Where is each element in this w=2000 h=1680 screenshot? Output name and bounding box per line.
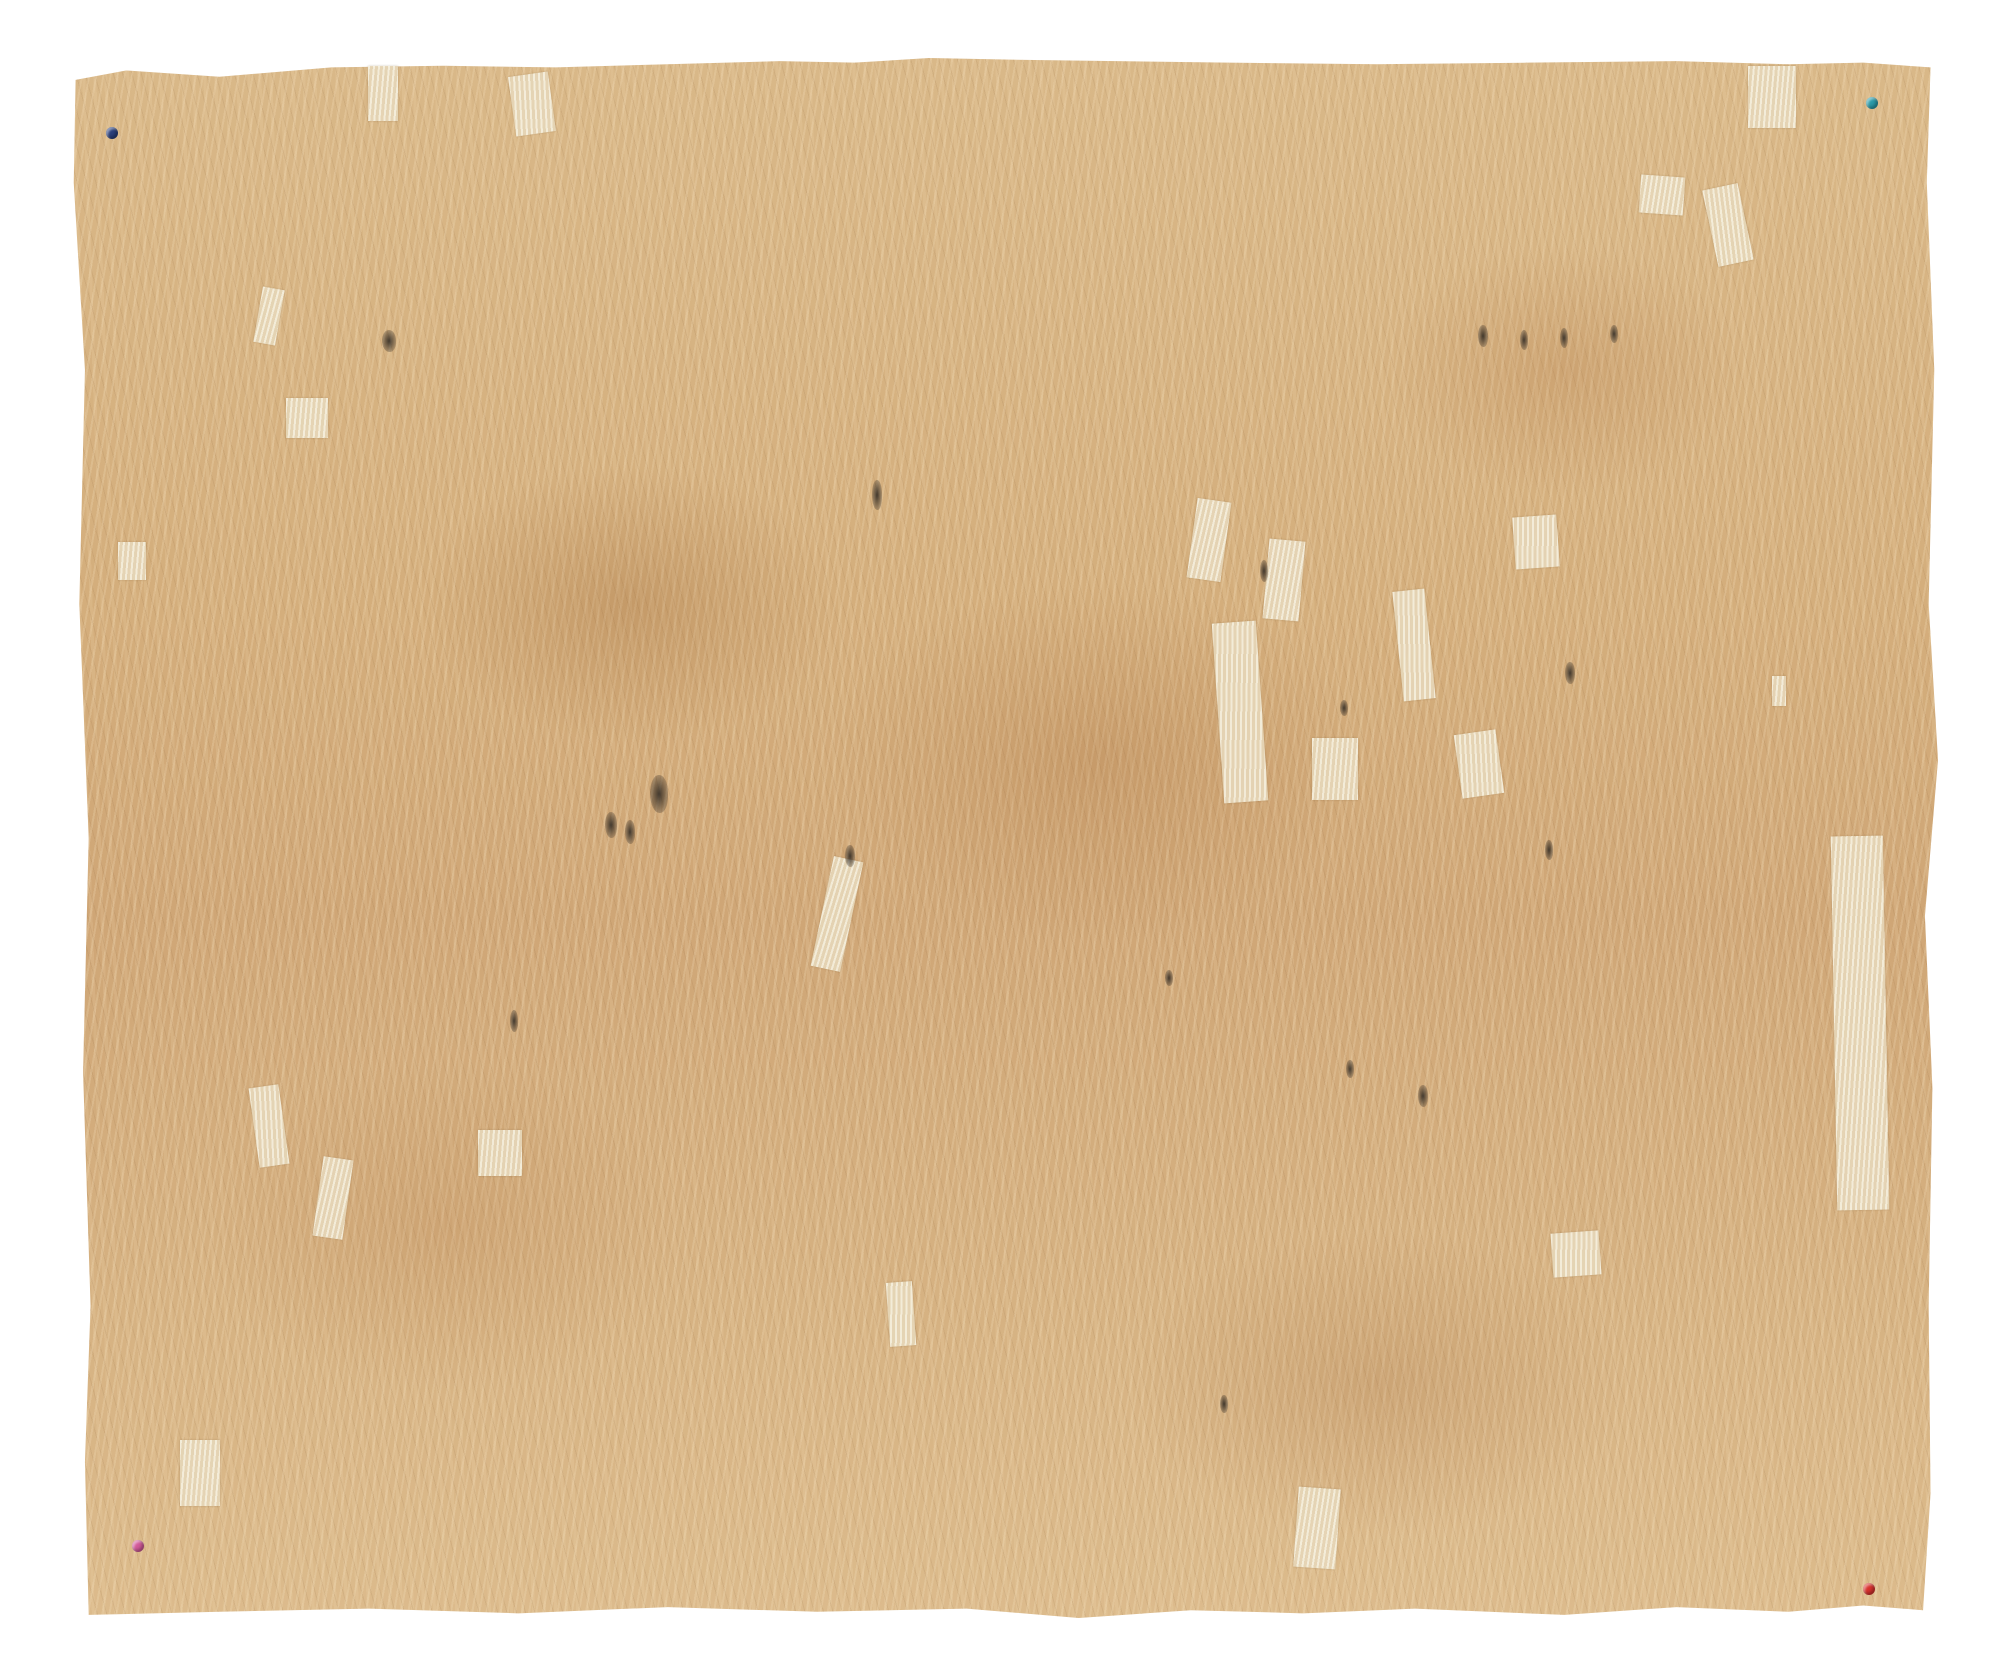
dark-stain — [1220, 1395, 1228, 1413]
dark-stain — [605, 812, 617, 838]
dark-stain — [1520, 330, 1528, 350]
photo-background — [0, 0, 2000, 1680]
dark-stain — [1560, 328, 1568, 348]
repair-patch — [180, 1440, 220, 1506]
repair-patch — [1831, 836, 1890, 1211]
repair-patch — [508, 72, 556, 137]
repair-patch — [368, 66, 398, 121]
top-right-pin — [1866, 97, 1878, 109]
dark-stain — [872, 480, 882, 510]
repair-patch — [1293, 1487, 1340, 1570]
dark-stain — [845, 845, 855, 867]
dark-stain — [1565, 662, 1575, 684]
repair-patch — [1454, 729, 1504, 798]
repair-patch — [1312, 738, 1358, 800]
repair-patch — [1748, 66, 1796, 128]
repair-patch — [1512, 515, 1560, 570]
dark-stain — [650, 775, 668, 813]
dark-stain — [1260, 560, 1268, 582]
dark-stain — [1478, 325, 1488, 347]
barkcloth-textile — [70, 58, 1938, 1618]
repair-patch — [1639, 175, 1686, 216]
repair-patch — [478, 1130, 522, 1176]
dark-stain — [1545, 840, 1553, 860]
dark-stain — [1346, 1060, 1354, 1078]
top-left-pin — [106, 127, 118, 139]
dark-stain — [1340, 700, 1348, 716]
dark-stain — [382, 330, 396, 352]
dark-stain — [1610, 325, 1618, 343]
bottom-left-pin — [132, 1540, 144, 1552]
repair-patch — [286, 398, 328, 438]
repair-patch — [886, 1281, 916, 1347]
dark-stain — [510, 1010, 518, 1032]
repair-patch — [1551, 1230, 1602, 1277]
repair-patch — [118, 542, 146, 580]
dark-stain — [1418, 1085, 1428, 1107]
dark-stain — [625, 820, 635, 844]
repair-patch — [1263, 539, 1306, 622]
dark-stain — [1165, 970, 1173, 986]
repair-patch — [1772, 676, 1786, 706]
bottom-right-pin — [1863, 1583, 1875, 1595]
